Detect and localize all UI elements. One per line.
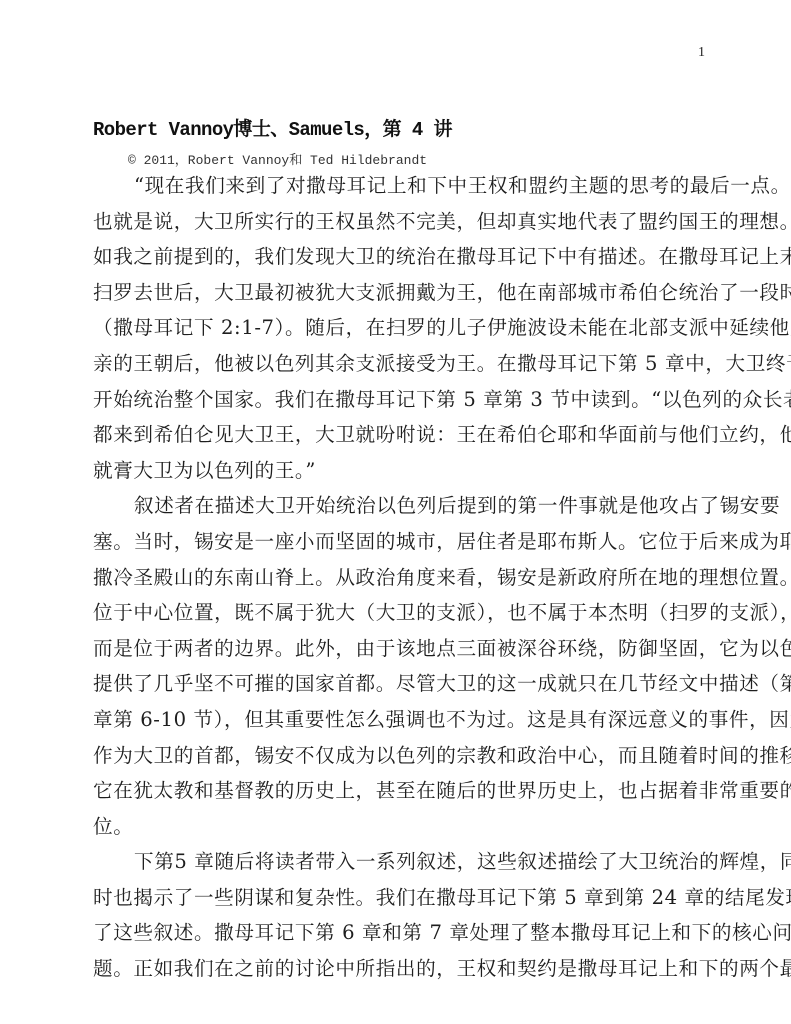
text-line: 章第 6-10 节），但其重要性怎么强调也不为过。这是具有深远意义的事件，因为 bbox=[93, 710, 699, 746]
text-line: 叙述者在描述大卫开始统治以色列后提到的第一件事就是他攻占了锡安要 bbox=[93, 496, 699, 532]
text-line: 时也揭示了一些阴谋和复杂性。我们在撒母耳记下第 5 章到第 24 章的结尾发现 bbox=[93, 888, 699, 924]
text-line: 下第5 章随后将读者带入一系列叙述，这些叙述描绘了大卫统治的辉煌，同 bbox=[93, 852, 699, 888]
text-line: 也就是说，大卫所实行的王权虽然不完美，但却真实地代表了盟约国王的理想。正 bbox=[93, 212, 699, 248]
text-line: 撒冷圣殿山的东南山脊上。从政治角度来看，锡安是新政府所在地的理想位置。它 bbox=[93, 568, 699, 604]
text-line: 扫罗去世后，大卫最初被犹大支派拥戴为王，他在南部城市希伯仑统治了一段时间 bbox=[93, 283, 699, 319]
text-line: “现在我们来到了对撒母耳记上和下中王权和盟约主题的思考的最后一点。 bbox=[93, 176, 699, 212]
text-line: （撒母耳记下 2:1-7）。随后，在扫罗的儿子伊施波设未能在北部支派中延续他父 bbox=[93, 318, 699, 354]
paragraph-1: “现在我们来到了对撒母耳记上和下中王权和盟约主题的思考的最后一点。 也就是说，大… bbox=[93, 176, 699, 496]
paragraph-2: 叙述者在描述大卫开始统治以色列后提到的第一件事就是他攻占了锡安要 塞。当时，锡安… bbox=[93, 496, 699, 852]
text-line: 了这些叙述。撒母耳记下第 6 章和第 7 章处理了整本撒母耳记上和下的核心问 bbox=[93, 923, 699, 959]
text-line: 都来到希伯仑见大卫王，大卫就吩咐说：王在希伯仑耶和华面前与他们立约，他们 bbox=[93, 425, 699, 461]
text-line: 而是位于两者的边界。此外，由于该地点三面被深谷环绕，防御坚固，它为以色列 bbox=[93, 639, 699, 675]
copyright-line: © 2011，Robert Vannoy和 Ted Hildebrandt bbox=[128, 149, 427, 168]
document-body: “现在我们来到了对撒母耳记上和下中王权和盟约主题的思考的最后一点。 也就是说，大… bbox=[93, 176, 699, 995]
text-line: 题。正如我们在之前的讨论中所指出的，王权和契约是撒母耳记上和下的两个最重 bbox=[93, 959, 699, 995]
text-line: 就膏大卫为以色列的王。” bbox=[93, 461, 699, 497]
text-line: 塞。当时，锡安是一座小而坚固的城市，居住者是耶布斯人。它位于后来成为耶路 bbox=[93, 532, 699, 568]
page-number: 1 bbox=[685, 45, 705, 61]
paragraph-3: 下第5 章随后将读者带入一系列叙述，这些叙述描绘了大卫统治的辉煌，同 时也揭示了… bbox=[93, 852, 699, 994]
text-line: 开始统治整个国家。我们在撒母耳记下第 5 章第 3 节中读到。“以色列的众长老 bbox=[93, 390, 699, 426]
document-title: Robert Vannoy博士、Samuels，第 4 讲 bbox=[93, 114, 452, 141]
text-line: 提供了几乎坚不可摧的国家首都。尽管大卫的这一成就只在几节经文中描述（第 5 bbox=[93, 674, 699, 710]
text-line: 亲的王朝后，他被以色列其余支派接受为王。在撒母耳记下第 5 章中，大卫终于 bbox=[93, 354, 699, 390]
text-line: 如我之前提到的，我们发现大卫的统治在撒母耳记下中有描述。在撒母耳记上末尾 bbox=[93, 247, 699, 283]
text-line: 位于中心位置，既不属于犹大（大卫的支派），也不属于本杰明（扫罗的支派）， bbox=[93, 603, 699, 639]
text-line: 它在犹太教和基督教的历史上，甚至在随后的世界历史上，也占据着非常重要的地 bbox=[93, 781, 699, 817]
text-line: 位。 bbox=[93, 817, 699, 853]
text-line: 作为大卫的首都，锡安不仅成为以色列的宗教和政治中心，而且随着时间的推移， bbox=[93, 746, 699, 782]
